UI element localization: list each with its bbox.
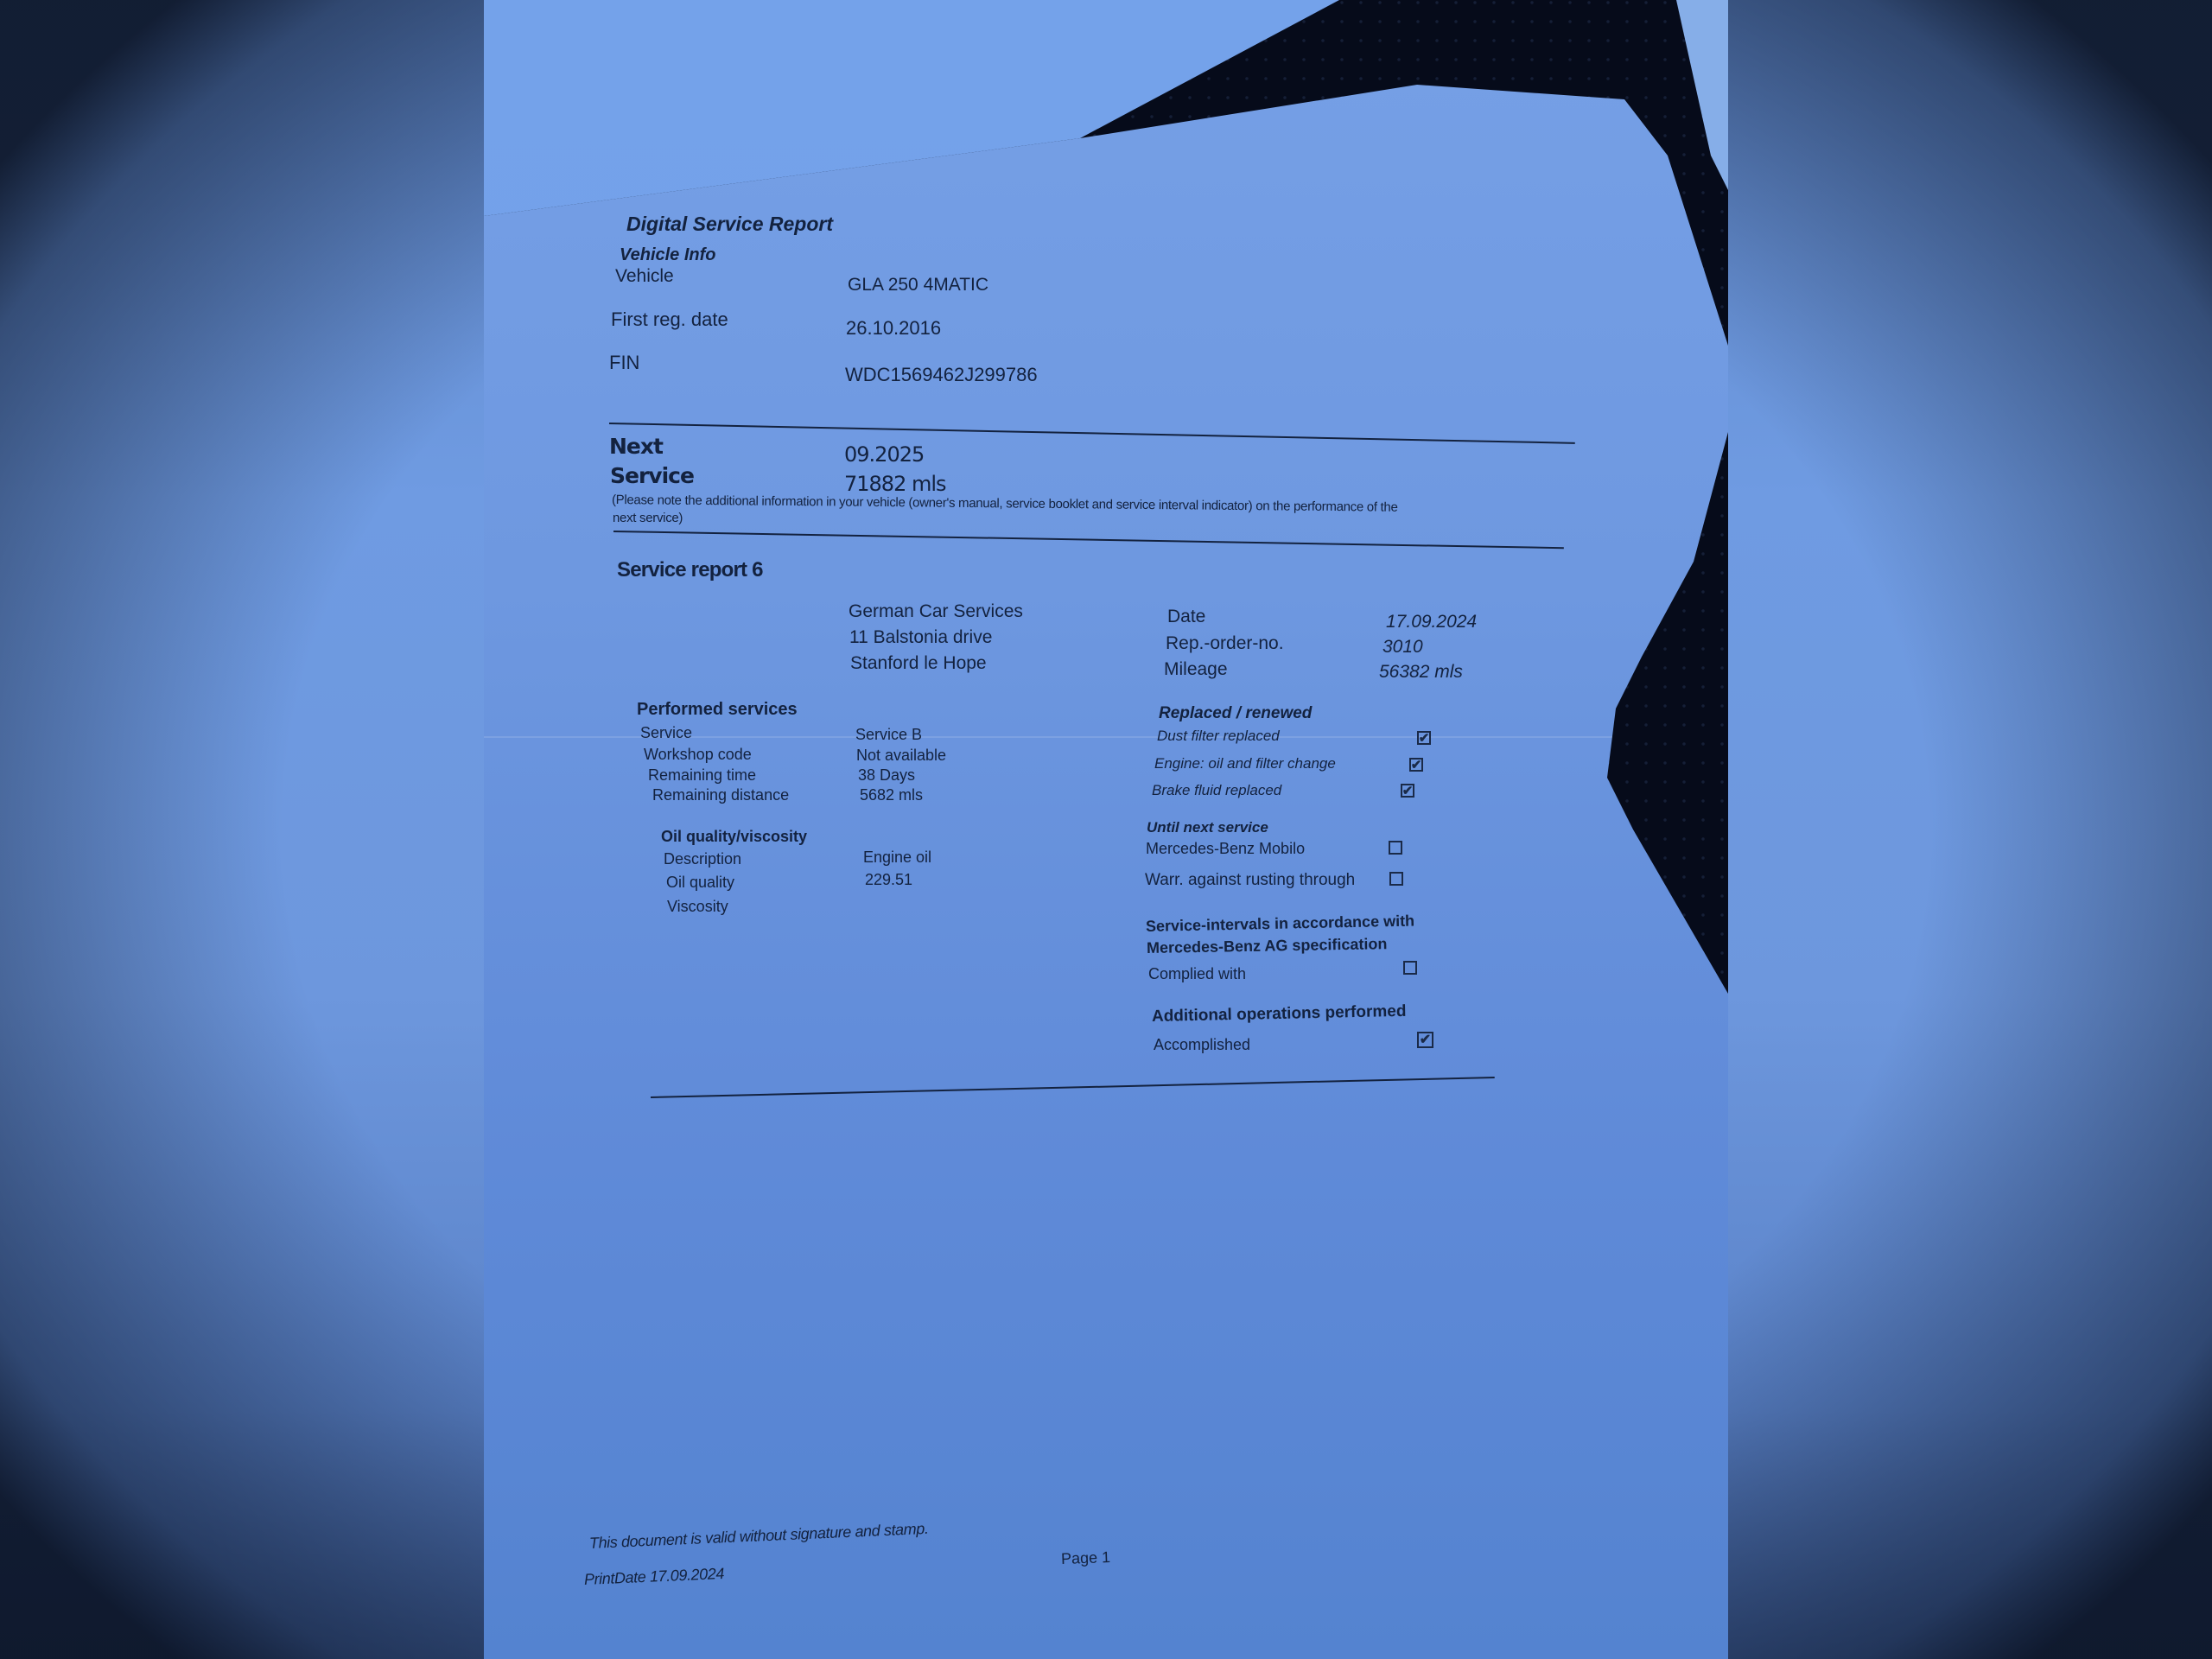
- workshop-address-2: Stanford le Hope: [850, 653, 987, 674]
- vehicle-value: GLA 250 4MATIC: [848, 275, 988, 296]
- remaining-time-label: Remaining time: [648, 766, 756, 785]
- oil-quality-value: 229.51: [865, 871, 912, 889]
- mobilo-label: Mercedes-Benz Mobilo: [1146, 840, 1305, 858]
- date-label: Date: [1167, 607, 1205, 627]
- print-date: PrintDate 17.09.2024: [584, 1565, 725, 1589]
- service-label: Service: [640, 724, 692, 742]
- workshop-code-label: Workshop code: [644, 746, 752, 764]
- vehicle-label: Vehicle: [615, 266, 674, 287]
- next-service-date: 09.2025: [844, 442, 924, 467]
- oil-description-value: Engine oil: [863, 849, 931, 867]
- check-icon: ✔: [1411, 759, 1422, 772]
- mileage-label: Mileage: [1164, 659, 1228, 680]
- rusting-warranty-label: Warr. against rusting through: [1145, 871, 1355, 890]
- divider-line: [613, 531, 1564, 549]
- next-service-note-line-1: (Please note the additional information …: [612, 493, 1398, 515]
- accomplished-label: Accomplished: [1154, 1036, 1250, 1054]
- vehicle-info-heading: Vehicle Info: [620, 245, 716, 265]
- fin-value: WDC1569462J299786: [845, 364, 1038, 386]
- oil-filter-change-label: Engine: oil and filter change: [1154, 755, 1336, 772]
- divider-line: [609, 423, 1575, 444]
- check-icon: ✔: [1420, 1033, 1431, 1047]
- service-intervals-heading-2: Mercedes-Benz AG specification: [1147, 935, 1388, 957]
- next-service-note-line-2: next service): [613, 511, 683, 525]
- performed-services-heading: Performed services: [637, 700, 798, 720]
- validity-note: This document is valid without signature…: [589, 1520, 929, 1553]
- service-report-content: Digital Service Report Vehicle Info Vehi…: [484, 0, 1728, 1659]
- next-service-mileage: 71882 mls: [844, 472, 946, 496]
- viscosity-label: Viscosity: [667, 898, 728, 916]
- document-title: Digital Service Report: [626, 213, 833, 236]
- first-reg-value: 26.10.2016: [846, 317, 941, 340]
- date-value: 17.09.2024: [1386, 612, 1477, 632]
- page-number: Page 1: [1061, 1548, 1111, 1568]
- fin-label: FIN: [609, 352, 639, 374]
- check-icon: ✔: [1419, 732, 1430, 745]
- remaining-distance-label: Remaining distance: [652, 786, 789, 804]
- dust-filter-checkbox[interactable]: ✔: [1417, 731, 1431, 745]
- next-service-label-1: Next: [609, 434, 663, 459]
- oil-quality-label: Oil quality: [666, 874, 734, 892]
- workshop-name: German Car Services: [849, 601, 1023, 622]
- workshop-code-value: Not available: [856, 747, 946, 765]
- service-value: Service B: [855, 726, 922, 744]
- document-photo: Digital Service Report Vehicle Info Vehi…: [484, 0, 1728, 1659]
- mileage-value: 56382 mls: [1379, 662, 1463, 683]
- oil-heading: Oil quality/viscosity: [661, 828, 807, 846]
- until-next-service-heading: Until next service: [1147, 819, 1268, 836]
- workshop-address-1: 11 Balstonia drive: [849, 627, 992, 648]
- complied-with-checkbox[interactable]: [1403, 961, 1417, 975]
- rusting-warranty-checkbox[interactable]: [1389, 872, 1403, 886]
- divider-line: [651, 1077, 1495, 1098]
- service-report-heading: Service report 6: [617, 558, 763, 582]
- service-intervals-heading-1: Service-intervals in accordance with: [1146, 912, 1415, 936]
- replaced-heading: Replaced / renewed: [1159, 704, 1312, 723]
- remaining-distance-value: 5682 mls: [860, 786, 923, 804]
- complied-with-label: Complied with: [1148, 965, 1246, 983]
- oil-description-label: Description: [664, 850, 741, 868]
- brake-fluid-label: Brake fluid replaced: [1152, 782, 1281, 799]
- rep-order-label: Rep.-order-no.: [1166, 633, 1284, 654]
- rep-order-value: 3010: [1382, 637, 1423, 658]
- accomplished-checkbox[interactable]: ✔: [1417, 1032, 1433, 1048]
- oil-filter-change-checkbox[interactable]: ✔: [1409, 758, 1423, 772]
- next-service-label-2: Service: [610, 463, 694, 488]
- mobilo-checkbox[interactable]: [1389, 841, 1402, 855]
- remaining-time-value: 38 Days: [858, 766, 915, 785]
- brake-fluid-checkbox[interactable]: ✔: [1401, 784, 1414, 798]
- dust-filter-label: Dust filter replaced: [1157, 728, 1280, 745]
- first-reg-label: First reg. date: [611, 308, 728, 331]
- check-icon: ✔: [1402, 785, 1414, 798]
- additional-operations-heading: Additional operations performed: [1152, 1002, 1407, 1027]
